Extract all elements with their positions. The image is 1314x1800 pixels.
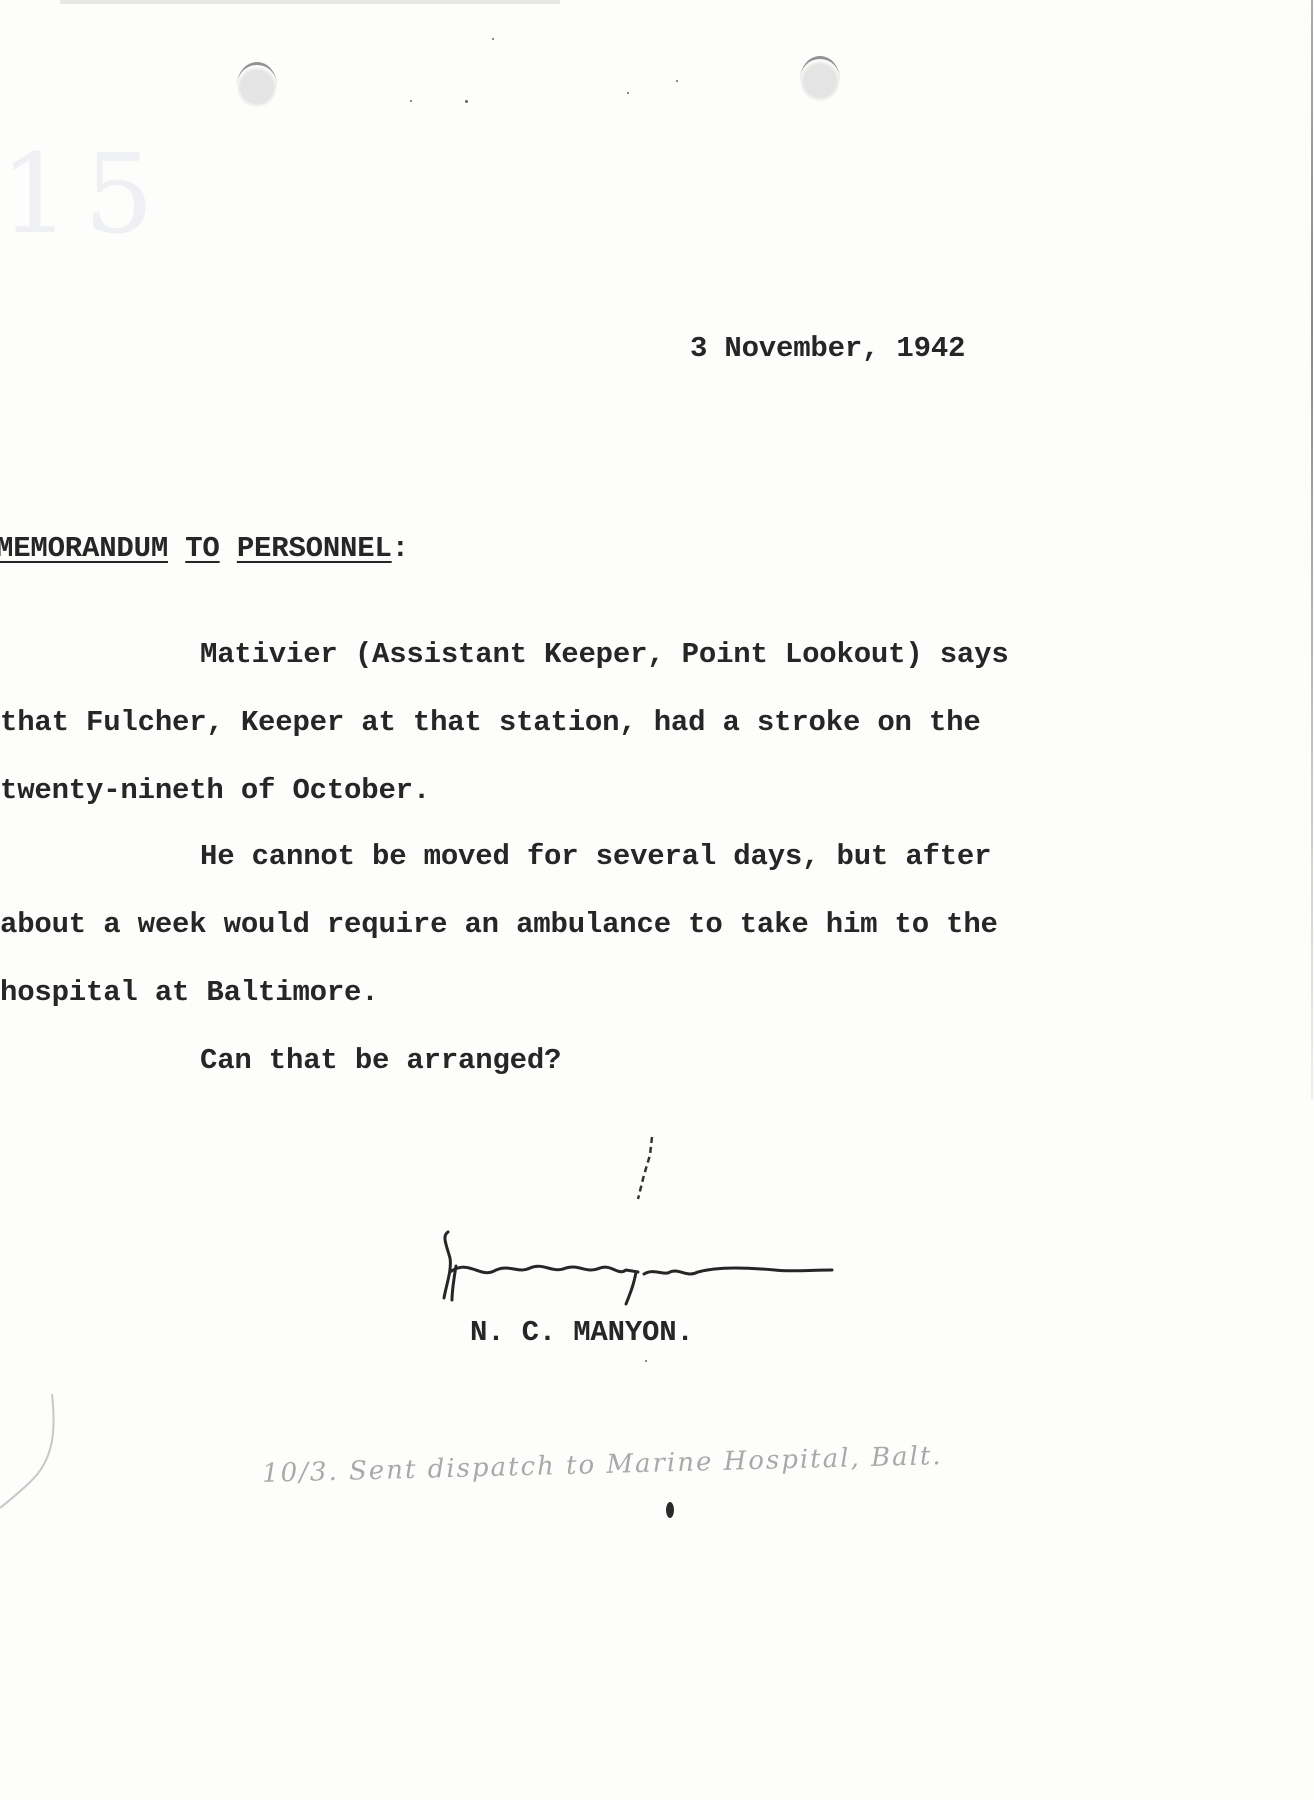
punch-hole-icon: [800, 56, 840, 103]
speck: [410, 100, 412, 102]
heading-word: TO: [185, 532, 219, 565]
memo-heading: MEMORANDUM TO PERSONNEL:: [0, 532, 409, 565]
body-line: Can that be arranged?: [200, 1044, 561, 1077]
punch-hole-icon: [237, 62, 277, 109]
body-line: twenty-nineth of October.: [0, 774, 430, 807]
margin-ghost-mark: 15: [0, 130, 168, 258]
speck: [676, 80, 678, 82]
body-line: Mativier (Assistant Keeper, Point Lookou…: [200, 638, 1009, 671]
ink-blot: [666, 1502, 674, 1518]
pen-mark-icon: [630, 1135, 660, 1205]
heading-suffix: :: [392, 532, 409, 565]
heading-word: MEMORANDUM: [0, 532, 168, 565]
body-line: He cannot be moved for several days, but…: [200, 840, 991, 873]
typed-signature-name: N. C. MANYON.: [470, 1316, 694, 1349]
body-line: about a week would require an ambulance …: [0, 908, 998, 941]
heading-word: PERSONNEL: [237, 532, 392, 565]
handwritten-signature-icon: [440, 1228, 840, 1318]
page-right-edge: [1311, 0, 1313, 1100]
speck: [645, 1360, 647, 1362]
page-top-edge: [60, 0, 560, 4]
body-line: hospital at Baltimore.: [0, 976, 378, 1009]
speck: [492, 38, 494, 40]
speck: [465, 100, 468, 103]
handwritten-note: 10/3. Sent dispatch to Marine Hospital, …: [262, 1441, 943, 1489]
document-page: 15 3 November, 1942 MEMORANDUM TO PERSON…: [0, 0, 1314, 1800]
speck: [627, 92, 629, 94]
body-line: that Fulcher, Keeper at that station, ha…: [0, 706, 981, 739]
margin-pencil-curve: [0, 1390, 60, 1510]
memo-date: 3 November, 1942: [690, 332, 965, 365]
